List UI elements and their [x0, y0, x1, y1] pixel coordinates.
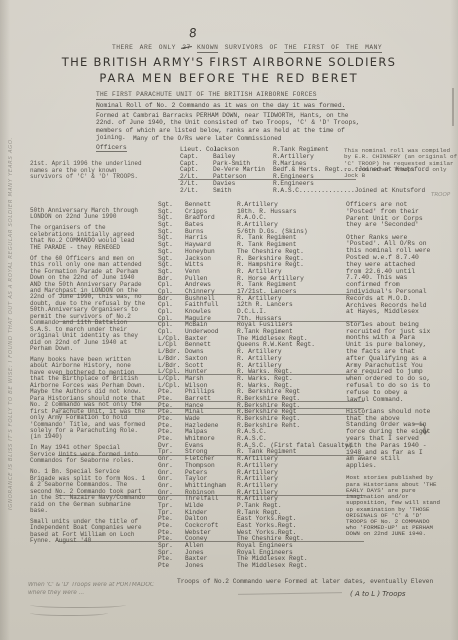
margin-note: Stories about being recruited for just s…: [346, 322, 432, 404]
other-ranks-roster: Sgt. Bennett R.Artillery Sgt. Cripps 10t…: [158, 202, 358, 570]
footer-handwritten-note: When 'C' & 'D' Troops were at PORTMADOC …: [28, 582, 173, 599]
left-margin-notes: 50th Anniversary March through LONDON on…: [30, 208, 148, 549]
margin-note: No. 1 Bn. Special Service Brigade was sp…: [30, 469, 148, 514]
handwritten-scribble: [30, 609, 108, 616]
name-cell: Smith: [213, 188, 273, 195]
regiment-cell: R.A.S.C...............Joined at Knutsfor…: [273, 188, 452, 195]
handwritten-fragment: TROOP: [431, 192, 450, 198]
margin-note: In May 1941 other Special Service Units …: [30, 445, 148, 464]
main-title-line1: THE BRITISH ARMY'S FIRST AIRBORNE SOLDIE…: [0, 55, 458, 69]
roster-row: Pte Jones The Middlesex Regt.: [158, 563, 358, 570]
name-cell: Jones: [185, 563, 237, 570]
survivors-line: THERE ARE ONLY 27 KNOWN SURVIVORS OF THE…: [112, 44, 382, 51]
margin-note: Officers are not 'Posted' from their Par…: [346, 202, 432, 229]
survivor-key-note: 21st. April 1996 the underlined names ar…: [30, 161, 148, 181]
main-title-line2: PARA MEN BEFORE THE RED BERET: [0, 71, 458, 85]
handwritten-line: When 'C' & 'D' Troops were at PORTMADOC: [28, 582, 173, 588]
handwritten-scribble: [30, 601, 126, 608]
survivors-middle: SURVIVORS OF: [225, 44, 278, 51]
handwritten-line: where they were ...: [28, 590, 173, 596]
officers-heading: Officers: [96, 144, 127, 152]
margin-note: Other Ranks were 'Posted'. All O/Rs on t…: [346, 235, 432, 317]
roll-heading: Nominal Roll of No. 2 Commando as it was…: [96, 102, 345, 111]
handwritten-scribble: [238, 592, 342, 595]
survivors-known: KNOWN: [197, 44, 218, 53]
footer-typed-line: Troops of No.2 Commando were Formed at l…: [177, 578, 433, 585]
margin-note: Many books have been written about Airbo…: [30, 357, 148, 441]
scan-artifact: [452, 88, 454, 126]
rank-cell: 2/Lt.: [180, 188, 213, 195]
roster-row: 2/Lt. Smith R.A.S.C...............Joined…: [180, 188, 452, 195]
inked-arrow-icon: [412, 422, 428, 443]
survivors-prefix: THERE ARE ONLY: [112, 44, 176, 51]
compiled-note: This nominal roll was compiled by E.R. C…: [344, 148, 458, 179]
margin-note: Most stories published by para Historian…: [346, 475, 440, 537]
subtitle: THE FIRST PARACHUTE UNIT OF THE BRITISH …: [96, 91, 317, 100]
regiment-cell: The Middlesex Regt.: [237, 563, 358, 570]
commissioned-note: Many of the O/Rs were later Commissioned: [133, 135, 282, 142]
scanned-document-page: IGNORANCE IS BLISS IT'S FOLLY TO BE WISE…: [0, 0, 458, 640]
margin-note: 50th Anniversary March through LONDON on…: [30, 208, 148, 221]
vertical-margin-note: IGNORANCE IS BLISS IT'S FOLLY TO BE WISE…: [8, 70, 14, 510]
margin-note: Small units under the title of Independe…: [30, 519, 148, 545]
rank-cell: Pte: [158, 563, 185, 570]
margin-note: Of the 60 Officers and men on this roll …: [30, 256, 148, 353]
handwritten-correction: 8: [188, 26, 197, 41]
struck-number: 27: [182, 44, 191, 51]
survivors-tail: THE FIRST OF THE MANY: [284, 44, 382, 53]
footer-handwritten-tail: ( A to L ) Troops: [350, 590, 406, 598]
margin-note: The organisers of the celebrations initi…: [30, 225, 148, 251]
right-margin-notes: Officers are not 'Posted' from their Par…: [346, 202, 432, 543]
